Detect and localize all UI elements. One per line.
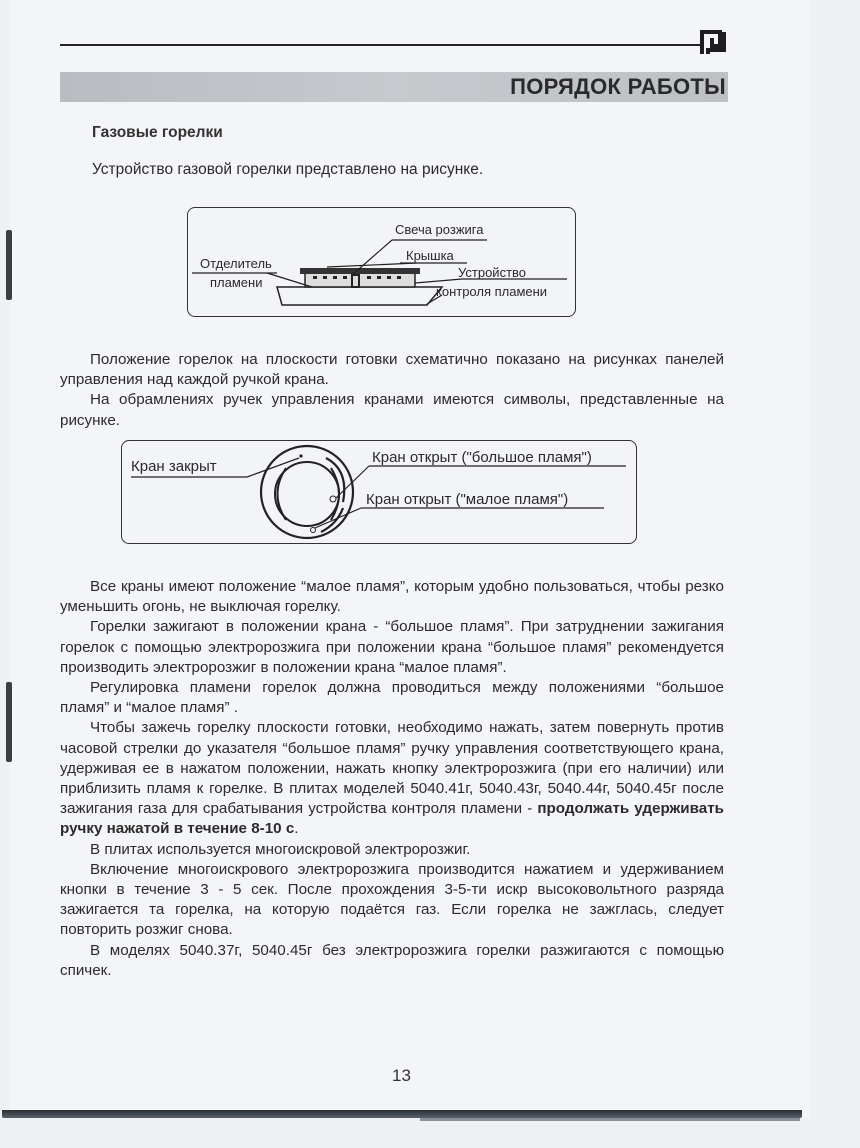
paragraph: Горелки зажигают в положении крана - “бо… <box>60 617 724 678</box>
page-edge-shadow-secondary <box>420 1118 800 1121</box>
label-flame-control-1: Устройство <box>458 265 526 280</box>
section-heading: Газовые горелки <box>92 124 223 142</box>
paragraph: Положение горелок на плоскости готовки с… <box>60 350 724 390</box>
paragraph: Включение многоискрового электророзжига … <box>60 860 724 941</box>
paragraph-end: . <box>294 820 298 837</box>
top-rule <box>60 44 700 46</box>
body-text-bottom: Все краны имеют положение “малое пламя”,… <box>60 577 724 981</box>
paragraph-ignition-instructions: Чтобы зажечь горелку плоскости готовки, … <box>60 718 724 839</box>
label-valve-open-small: Кран открыт ("малое пламя") <box>366 491 568 508</box>
label-valve-open-large: Кран открыт ("большое пламя") <box>372 449 592 466</box>
label-valve-closed: Кран закрыт <box>131 458 217 475</box>
page-number: 13 <box>392 1066 411 1086</box>
intro-text: Устройство газовой горелки представлено … <box>92 161 483 179</box>
paragraph: В плитах используется многоискровой элек… <box>60 840 724 860</box>
label-spark-plug: Свеча розжига <box>395 222 483 237</box>
label-flame-control-2: контроля пламени <box>436 284 547 299</box>
paragraph: Регулировка пламени горелок должна прово… <box>60 678 724 718</box>
page-edge-shadow <box>2 1110 802 1118</box>
paragraph: Все краны имеют положение “малое пламя”,… <box>60 577 724 617</box>
binder-ring-bottom <box>6 682 12 762</box>
paragraph: В моделях 5040.37г, 5040.45г без электро… <box>60 941 724 981</box>
page-title: ПОРЯДОК РАБОТЫ <box>510 74 726 100</box>
binder-ring-top <box>6 230 12 300</box>
label-flame-divider-2: пламени <box>210 275 262 290</box>
label-flame-divider-1: Отделитель <box>200 256 272 271</box>
paragraph: На обрамлениях ручек управления кранами … <box>60 390 724 430</box>
brand-logo-icon <box>700 28 726 56</box>
label-cover: Крышка <box>406 248 454 263</box>
body-text-middle: Положение горелок на плоскости готовки с… <box>60 350 724 431</box>
